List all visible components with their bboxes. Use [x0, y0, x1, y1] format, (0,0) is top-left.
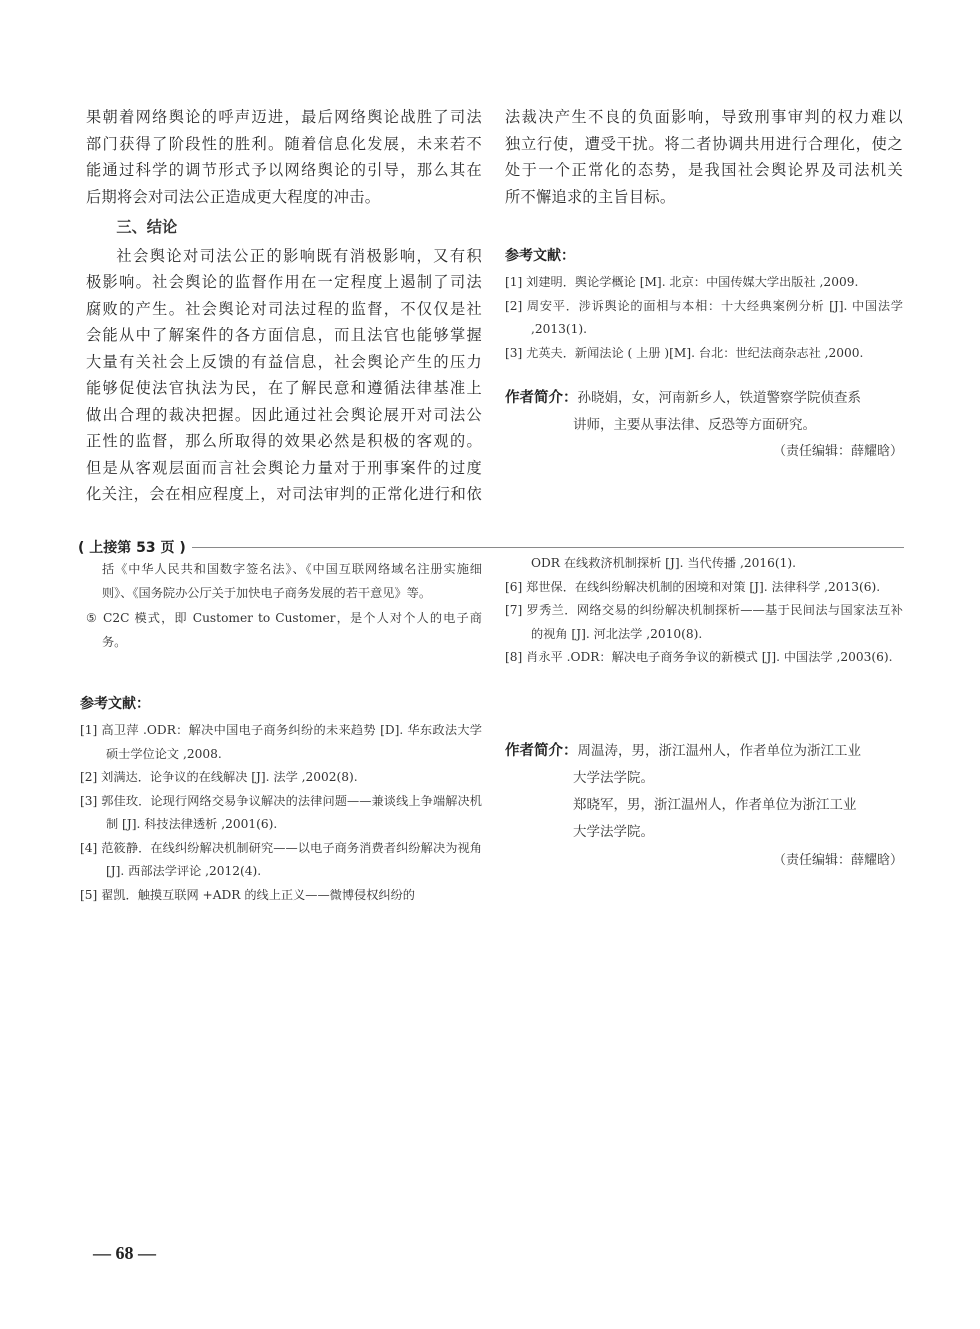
body-line: 极影响。社会舆论的监督作用在一定程度上遏制了司法 — [86, 269, 482, 296]
reference-item: [2] 刘满达．论争议的在线解决 [J]. 法学 ,2002(8). — [80, 766, 482, 790]
footnote-item: ⑤ C2C 模式，即 Customer to Customer，是个人对个人的电… — [86, 607, 482, 654]
upper-author-bio: 作者简介：孙晓娟，女，河南新乡人，铁道警察学院侦查系 讲师，主要从事法律、反恐等… — [505, 385, 903, 465]
author-bio-text: 大学法学院。 — [505, 819, 903, 846]
body-line: 能够促使法官执法为民，在了解民意和遵循法律基准上 — [86, 375, 482, 402]
author-bio-text: 孙晓娟，女，河南新乡人，铁道警察学院侦查系 — [578, 390, 862, 406]
upper-left-column: 果朝着网络舆论的呼声迈进，最后网络舆论战胜了司法 部门获得了阶段性的胜利。随着信… — [86, 104, 482, 508]
body-line: 大量有关社会上反馈的有益信息，社会舆论产生的压力 — [86, 349, 482, 376]
body-line: 会能从中了解案件的各方面信息，而且法官也能够掌握 — [86, 322, 482, 349]
author-bio-text: 周温涛，男，浙江温州人，作者单位为浙江工业 — [578, 743, 862, 759]
responsible-editor: （责任编辑：薛耀晗） — [505, 439, 903, 465]
upper-right-column: 法裁决产生不良的负面影响，导致刑事审判的权力难以 独立行使，遭受干扰。将二者协调… — [505, 104, 903, 210]
body-line: 处于一个正常化的态势，是我国社会舆论界及司法机关 — [505, 157, 903, 184]
upper-references: 参考文献： [1] 刘建明．舆论学概论 [M]. 北京：中国传媒大学出版社 ,2… — [505, 245, 903, 365]
body-line: 部门获得了阶段性的胜利。随着信息化发展，未来若不 — [86, 131, 482, 158]
body-line: 果朝着网络舆论的呼声迈进，最后网络舆论战胜了司法 — [86, 104, 482, 131]
body-line: 化关注，会在相应程度上，对司法审判的正常化进行和依 — [86, 481, 482, 508]
body-line: 腐败的产生。社会舆论对司法过程的监督，不仅仅是社 — [86, 296, 482, 323]
reference-item: [3] 尤英夫．新闻法论 ( 上册 )[M]. 台北：世纪法商杂志社 ,2000… — [505, 342, 903, 366]
reference-item-continued: ODR 在线救济机制探析 [J]. 当代传播 ,2016(1). — [505, 552, 903, 576]
reference-item: [6] 郑世保．在线纠纷解决机制的困境和对策 [J]. 法律科学 ,2013(6… — [505, 576, 903, 600]
page-number: — 68 — — [93, 1243, 156, 1264]
continued-from-label: ( 上接第 53 页 ) — [78, 537, 192, 557]
lower-author-bio: 作者简介：周温涛，男，浙江温州人，作者单位为浙江工业 大学法学院。 郑晓军，男，… — [505, 738, 903, 874]
reference-item: [1] 刘建明．舆论学概论 [M]. 北京：中国传媒大学出版社 ,2009. — [505, 271, 903, 295]
author-bio-text: 郑晓军，男，浙江温州人，作者单位为浙江工业 — [505, 792, 903, 819]
reference-item: [4] 范筱静．在线纠纷解决机制研究——以电子商务消费者纠纷解决为视角 [J].… — [80, 837, 482, 884]
body-line: 独立行使，遭受干扰。将二者协调共用进行合理化，使之 — [505, 131, 903, 158]
reference-item: [7] 罗秀兰．网络交易的纠纷解决机制探析——基于民间法与国家法互补的视角 [J… — [505, 599, 903, 646]
lower-right-references: ODR 在线救济机制探析 [J]. 当代传播 ,2016(1). [6] 郑世保… — [505, 552, 903, 670]
reference-item: [3] 郭佳玫．论现行网络交易争议解决的法律问题——兼谈线上争端解决机制 [J]… — [80, 790, 482, 837]
divider-rule — [192, 547, 904, 548]
body-line: 能通过科学的调节形式予以网络舆论的引导，那么其在 — [86, 157, 482, 184]
body-line: 法裁决产生不良的负面影响，导致刑事审判的权力难以 — [505, 104, 903, 131]
author-bio-text: 讲师，主要从事法律、反恐等方面研究。 — [505, 412, 903, 439]
footnote-item: 括《中华人民共和国数字签名法》、《中国互联网络域名注册实施细则》、《国务院办公厅… — [86, 558, 482, 605]
responsible-editor: （责任编辑：薛耀晗） — [505, 848, 903, 874]
body-line: 但是从客观层面而言社会舆论力量对于刑事案件的过度 — [86, 455, 482, 482]
author-bio-text: 大学法学院。 — [505, 765, 903, 792]
section-heading-conclusion: 三、结论 — [86, 214, 482, 241]
body-line: 做出合理的裁决把握。因此通过社会舆论展开对司法公 — [86, 402, 482, 429]
reference-item: [1] 高卫萍 .ODR：解决中国电子商务纠纷的未来趋势 [D]. 华东政法大学… — [80, 719, 482, 766]
body-line: 后期将会对司法公正造成更大程度的冲击。 — [86, 184, 482, 211]
lower-left-notes: 括《中华人民共和国数字签名法》、《中国互联网络域名注册实施细则》、《国务院办公厅… — [86, 558, 482, 654]
reference-item: [5] 翟凯．触摸互联网 +ADR 的线上正义——微博侵权纠纷的 — [80, 884, 482, 908]
body-line: 正性的监督，那么所取得的效果必然是积极的客观的。 — [86, 428, 482, 455]
author-bio-label: 作者简介： — [505, 390, 578, 406]
author-bio-label: 作者简介： — [505, 743, 578, 759]
references-heading: 参考文献： — [80, 693, 482, 713]
body-line: 所不懈追求的主旨目标。 — [505, 184, 903, 211]
body-line: 社会舆论对司法公正的影响既有消极影响，又有积 — [86, 243, 482, 270]
reference-item: [8] 肖永平 .ODR：解决电子商务争议的新模式 [J]. 中国法学 ,200… — [505, 646, 903, 670]
reference-item: [2] 周安平．涉诉舆论的面相与本相：十大经典案例分析 [J]. 中国法学 ,2… — [505, 295, 903, 342]
references-heading: 参考文献： — [505, 245, 903, 265]
lower-left-references: 参考文献： [1] 高卫萍 .ODR：解决中国电子商务纠纷的未来趋势 [D]. … — [80, 693, 482, 907]
